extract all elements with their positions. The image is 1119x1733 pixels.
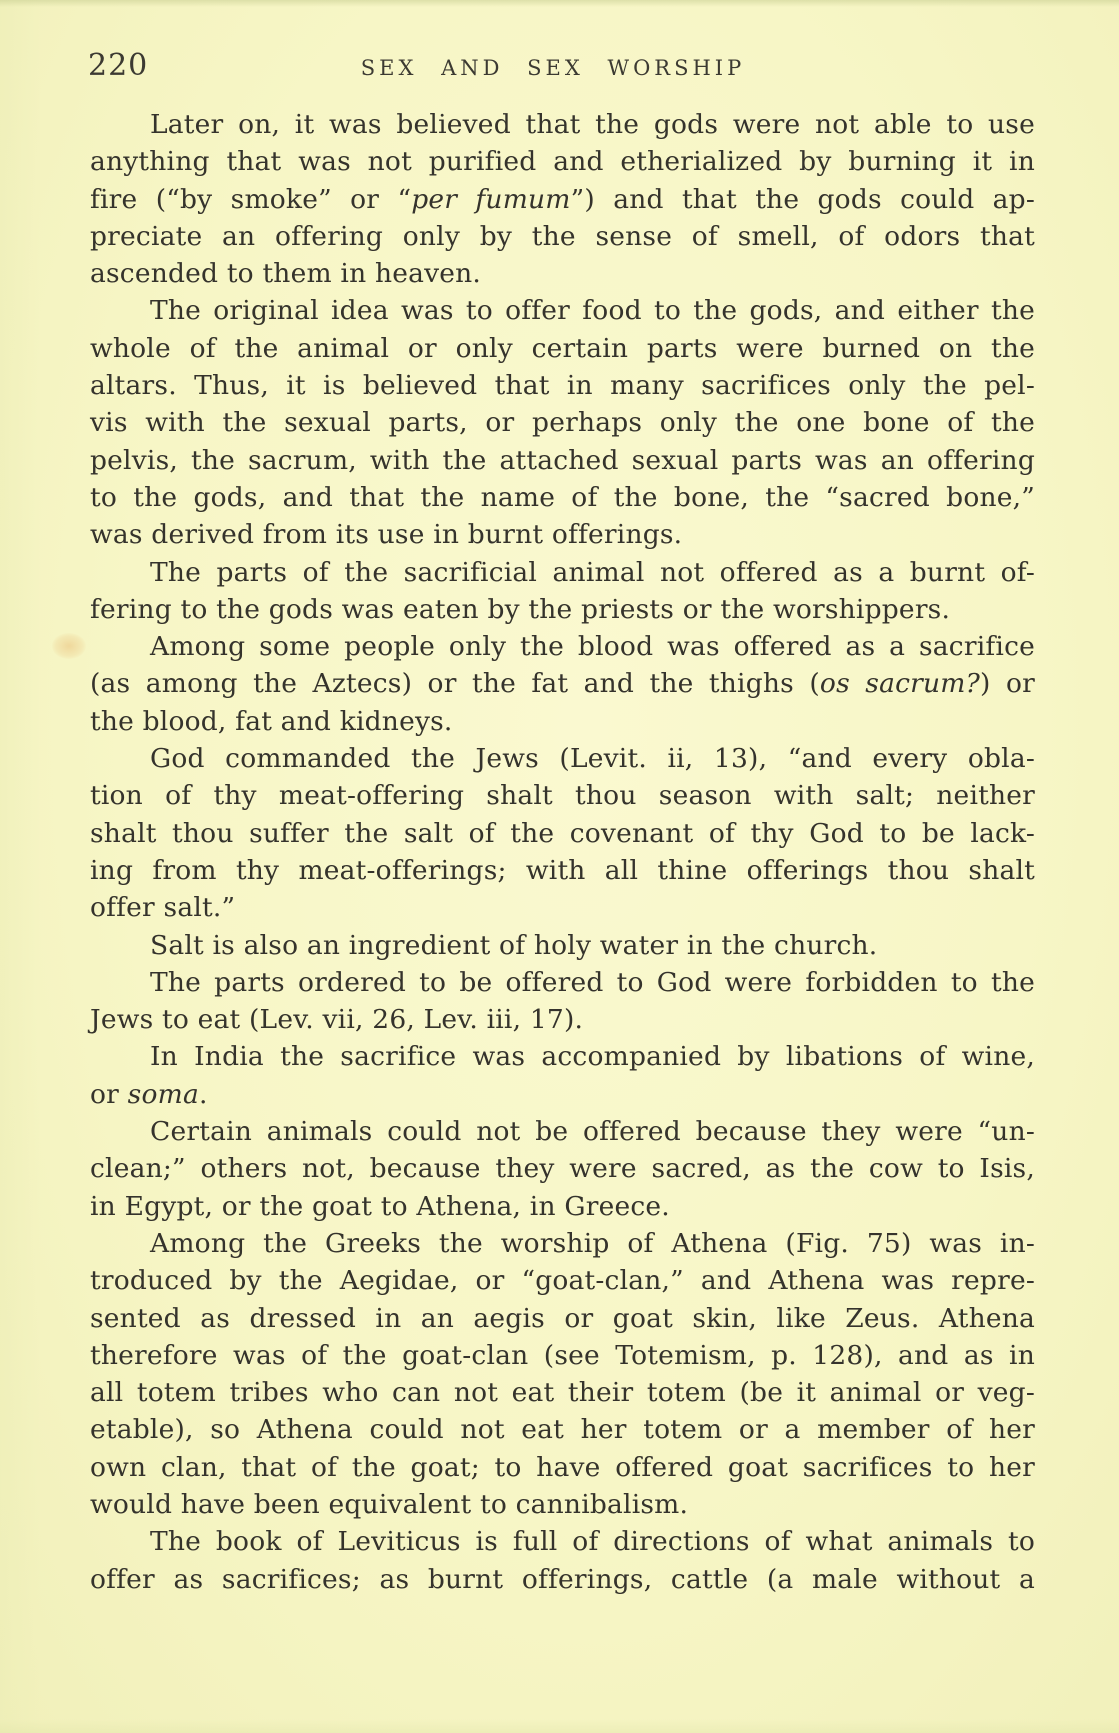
text-line: sented as dressed in an aegis or goat sk… [90,1300,1035,1337]
text-line: Among the Greeks the worship of Athena (… [90,1225,1035,1262]
body-text: preciate an offering only by the sense o… [90,221,1035,252]
body-text: clean;” others not, because they were sa… [90,1153,1035,1184]
text-line: In India the sacrifice was accompanied b… [90,1038,1035,1075]
text-line: Certain animals could not be offered bec… [90,1113,1035,1150]
body-text: own clan, that of the goat; to have offe… [90,1452,1035,1483]
body-text: all totem tribes who can not eat their t… [90,1377,1035,1408]
paragraph: The book of Leviticus is full of directi… [90,1523,1035,1598]
paragraph: Salt is also an ingredient of holy water… [90,927,1035,964]
body-text: fering to the gods was eaten by the prie… [90,594,950,625]
paragraph: In India the sacrifice was accompanied b… [90,1038,1035,1113]
body-text: the blood, fat and kidneys. [90,706,453,737]
text-line: ascended to them in heaven. [90,255,1035,292]
body-text: would have been equivalent to cannibalis… [90,1489,688,1520]
text-line: was derived from its use in burnt offeri… [90,516,1035,553]
paragraph: Among the Greeks the worship of Athena (… [90,1225,1035,1523]
body-text: sented as dressed in an aegis or goat sk… [90,1303,1035,1334]
body-text: Among the Greeks the worship of Athena (… [150,1228,1035,1259]
body-text: Certain animals could not be offered bec… [150,1116,1035,1147]
text-line: The original idea was to offer food to t… [90,292,1035,329]
text-line: God commanded the Jews (Levit. ii, 13), … [90,740,1035,777]
body-text: whole of the animal or only certain part… [90,333,1035,364]
text-line: troduced by the Aegidae, or “goat-clan,”… [90,1262,1035,1299]
body-text: offer as sacrifices; as burnt offerings,… [90,1564,1035,1595]
body-text: to the gods, and that the name of the bo… [90,482,1035,513]
text-line: offer salt.” [90,889,1035,926]
body-text: In India the sacrifice was accompanied b… [150,1041,1035,1072]
italic-text: soma [128,1079,199,1110]
body-text: The parts ordered to be offered to God w… [150,967,1035,998]
text-line: to the gods, and that the name of the bo… [90,479,1035,516]
text-line: fering to the gods was eaten by the prie… [90,591,1035,628]
text-line: therefore was of the goat-clan (see Tote… [90,1337,1035,1374]
body-text: tion of thy meat-offering shalt thou sea… [90,780,1035,811]
body-text: The parts of the sacrificial animal not … [150,557,1035,588]
text-line: The parts ordered to be offered to God w… [90,964,1035,1001]
body-text: pelvis, the sacrum, with the attached se… [90,445,1035,476]
body-text: . [199,1079,208,1110]
text-line: pelvis, the sacrum, with the attached se… [90,442,1035,479]
text-line: clean;” others not, because they were sa… [90,1150,1035,1187]
body-text: ascended to them in heaven. [90,258,481,289]
text-line: anything that was not purified and ether… [90,143,1035,180]
body-text: anything that was not purified and ether… [90,146,1035,177]
paragraph: The parts ordered to be offered to God w… [90,964,1035,1039]
text-line: or soma. [90,1076,1035,1113]
body-text: therefore was of the goat-clan (see Tote… [90,1340,1035,1371]
page-stain [52,633,86,659]
text-line: etable), so Athena could not eat her tot… [90,1411,1035,1448]
body-text: vis with the sexual parts, or perhaps on… [90,407,1035,438]
paragraph: Later on, it was believed that the gods … [90,106,1035,292]
text-line: fire (“by smoke” or “per fumum”) and tha… [90,181,1035,218]
paragraph: Certain animals could not be offered bec… [90,1113,1035,1225]
body-text: (as among the Aztecs) or the fat and the… [90,668,820,699]
text-line: preciate an offering only by the sense o… [90,218,1035,255]
body-text: shalt thou suffer the salt of the covena… [90,818,1035,849]
text-line: tion of thy meat-offering shalt thou sea… [90,777,1035,814]
running-header-title: SEX AND SEX WORSHIP [0,56,1106,80]
text-line: The parts of the sacrificial animal not … [90,554,1035,591]
text-line: Salt is also an ingredient of holy water… [90,927,1035,964]
body-text: or [90,1079,128,1110]
body-text: God commanded the Jews (Levit. ii, 13), … [150,743,1035,774]
paragraph: The parts of the sacrificial animal not … [90,554,1035,629]
italic-text: per fumum [411,184,570,215]
text-line: The book of Leviticus is full of directi… [90,1523,1035,1560]
text-line: in Egypt, or the goat to Athena, in Gree… [90,1188,1035,1225]
text-line: ing from thy meat-offerings; with all th… [90,852,1035,889]
text-line: Jews to eat (Lev. vii, 26, Lev. iii, 17)… [90,1001,1035,1038]
text-block: Later on, it was believed that the gods … [90,106,1035,1598]
text-line: (as among the Aztecs) or the fat and the… [90,665,1035,702]
body-text: The original idea was to offer food to t… [150,295,1035,326]
body-text: was derived from its use in burnt offeri… [90,519,682,550]
text-line: own clan, that of the goat; to have offe… [90,1449,1035,1486]
body-text: in Egypt, or the goat to Athena, in Gree… [90,1191,670,1222]
paragraph: The original idea was to offer food to t… [90,292,1035,553]
body-text: ”) and that the gods could ap- [571,184,1035,215]
body-text: etable), so Athena could not eat her tot… [90,1414,1035,1445]
text-line: would have been equivalent to cannibalis… [90,1486,1035,1523]
paragraph: God commanded the Jews (Levit. ii, 13), … [90,740,1035,926]
body-text: ) or [980,668,1035,699]
body-text: troduced by the Aegidae, or “goat-clan,”… [90,1265,1035,1296]
text-line: shalt thou suffer the salt of the covena… [90,815,1035,852]
body-text: offer salt.” [90,892,235,923]
body-text: Salt is also an ingredient of holy water… [150,930,877,961]
text-line: altars. Thus, it is believed that in man… [90,367,1035,404]
text-line: Among some people only the blood was off… [90,628,1035,665]
text-line: Later on, it was believed that the gods … [90,106,1035,143]
body-text: Jews to eat (Lev. vii, 26, Lev. iii, 17)… [90,1004,583,1035]
body-text: Later on, it was believed that the gods … [150,109,1035,140]
text-line: all totem tribes who can not eat their t… [90,1374,1035,1411]
text-line: vis with the sexual parts, or perhaps on… [90,404,1035,441]
text-line: the blood, fat and kidneys. [90,703,1035,740]
text-line: offer as sacrifices; as burnt offerings,… [90,1561,1035,1598]
body-text: The book of Leviticus is full of directi… [150,1526,1035,1557]
text-line: whole of the animal or only certain part… [90,330,1035,367]
body-text: ing from thy meat-offerings; with all th… [90,855,1035,886]
italic-text: os sacrum? [820,668,980,699]
body-text: Among some people only the blood was off… [150,631,1035,662]
paragraph: Among some people only the blood was off… [90,628,1035,740]
body-text: altars. Thus, it is believed that in man… [90,370,1035,401]
body-text: fire (“by smoke” or “ [90,184,411,215]
